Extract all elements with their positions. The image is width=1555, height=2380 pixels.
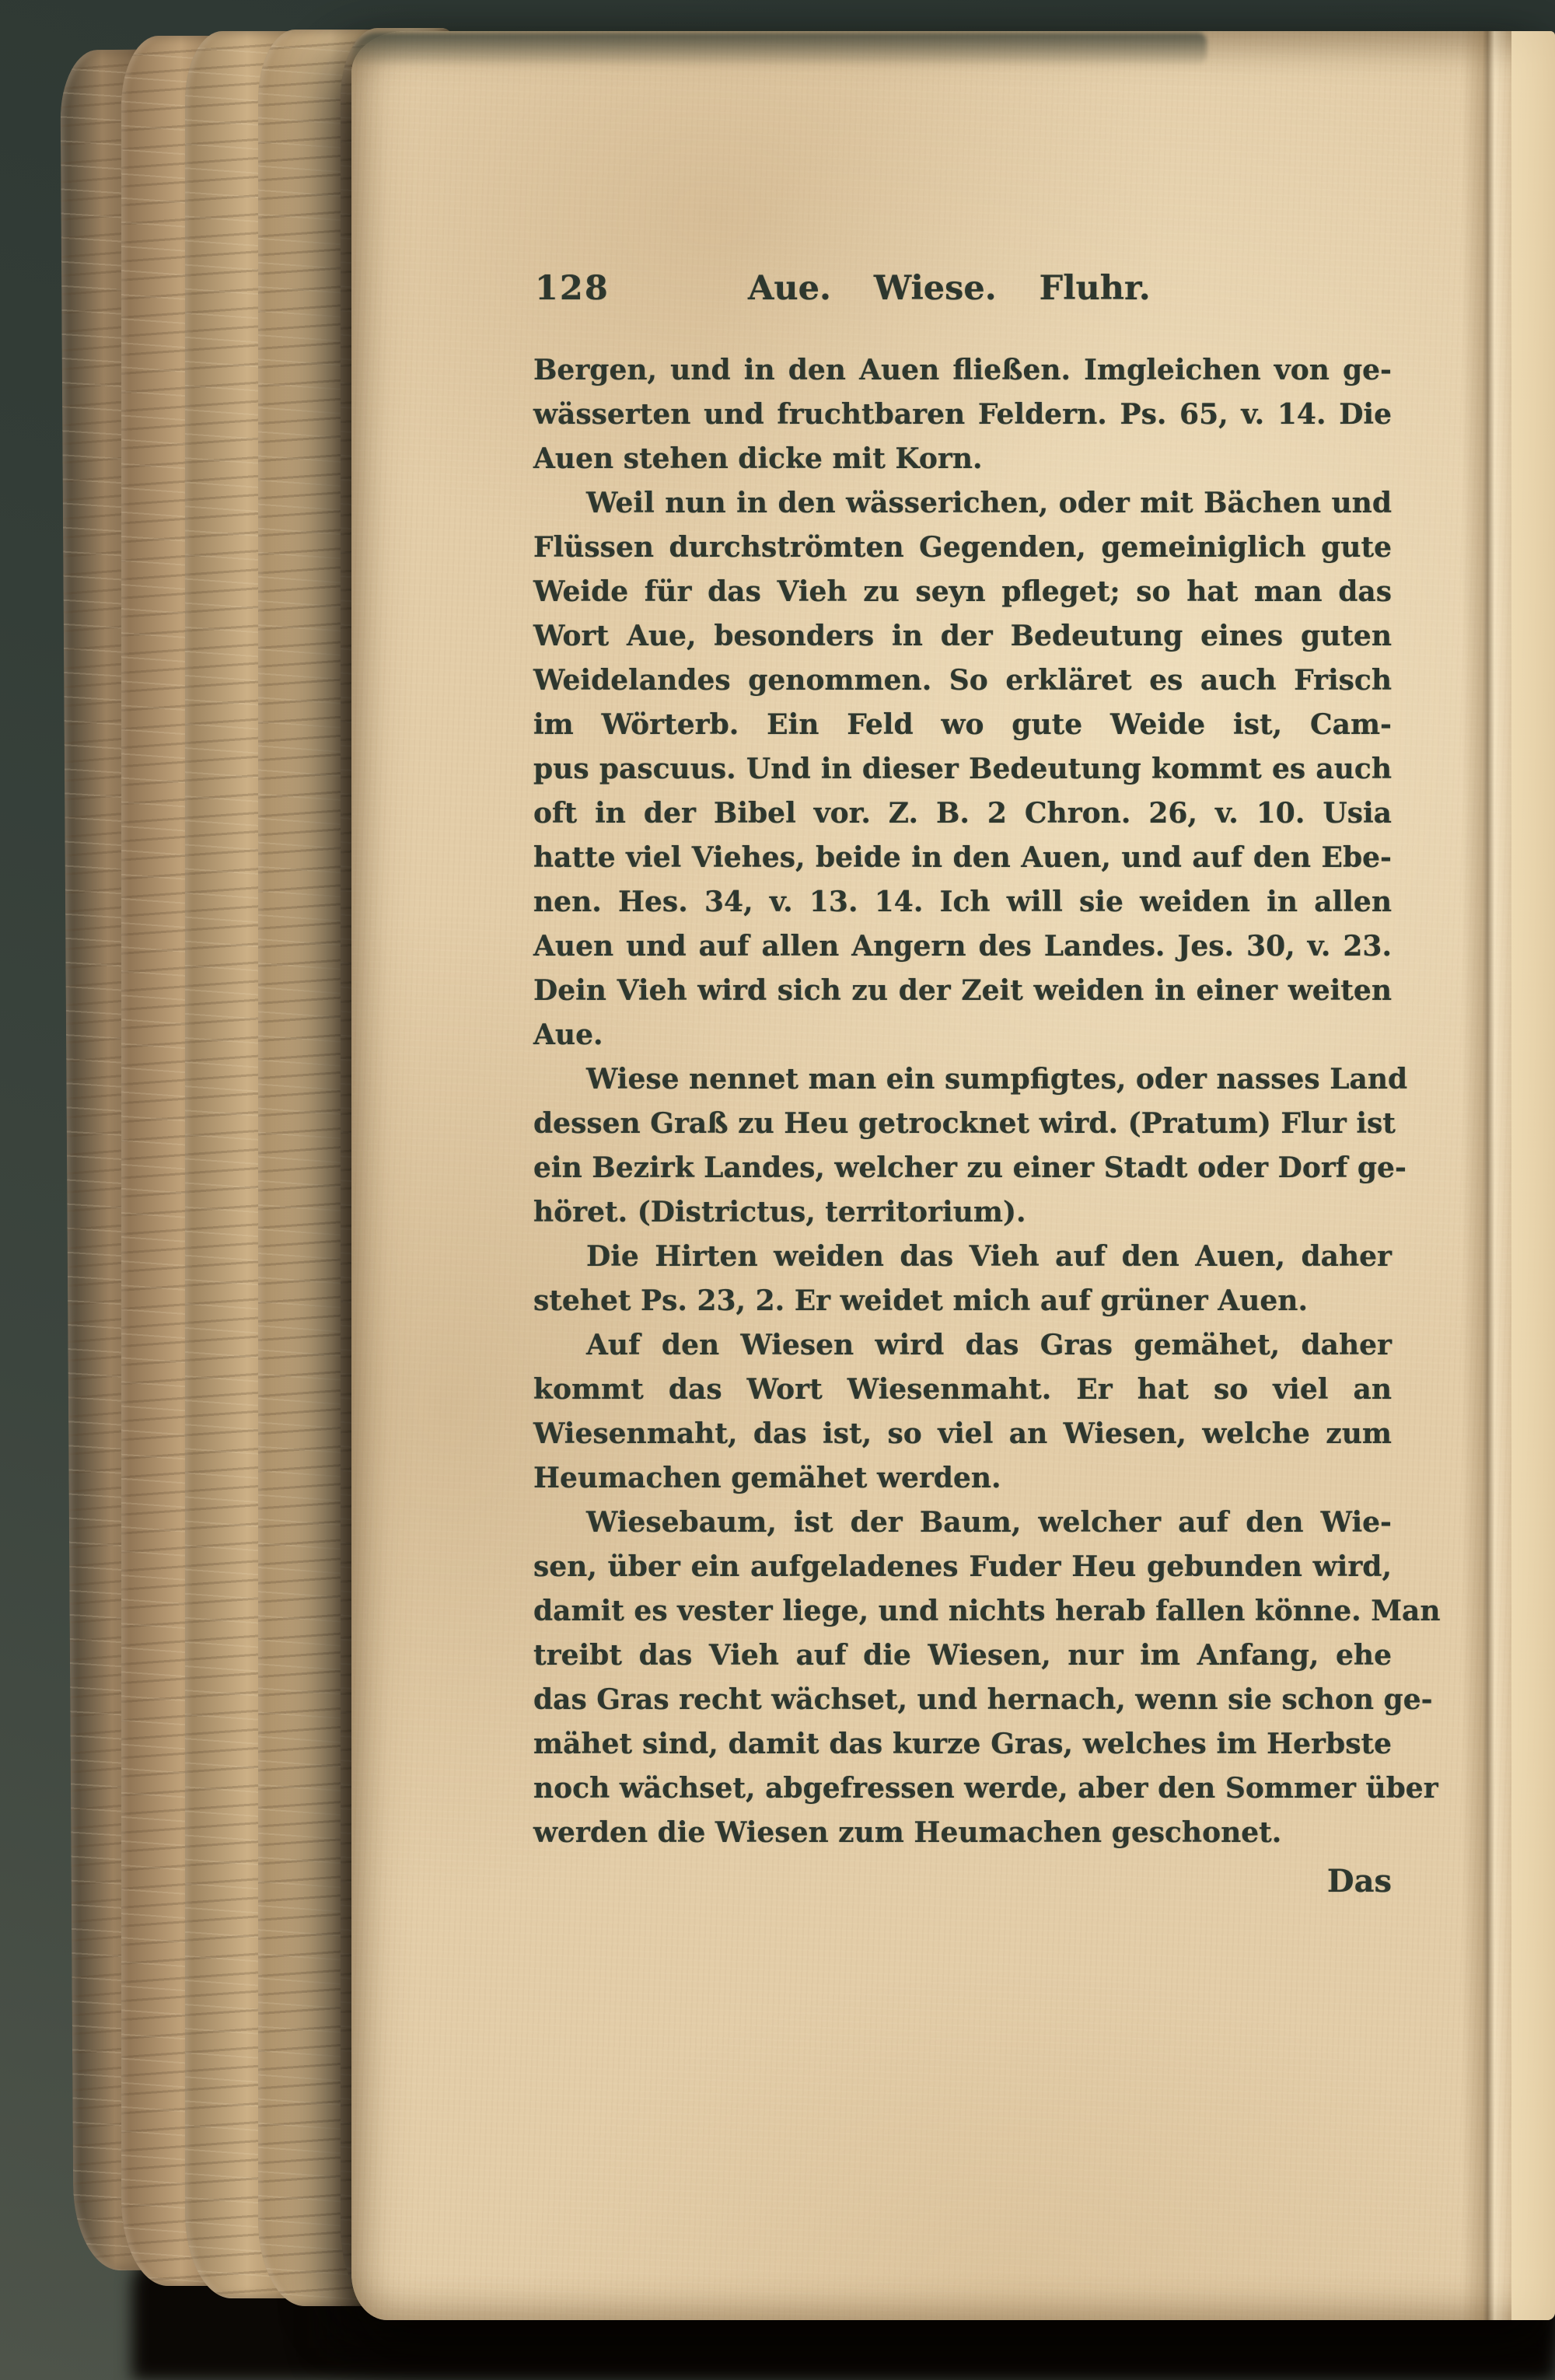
text-line: Flüssen durchströmten Gegenden, gemeinig… bbox=[533, 526, 1392, 570]
body-text: Bergen, und in den Auen fließen. Imgleic… bbox=[533, 348, 1392, 1855]
text-line: dessen Graß zu Heu getrocknet wird. (Pra… bbox=[533, 1102, 1392, 1146]
catchword-row: Das bbox=[533, 1863, 1392, 1899]
text-line: Weide für das Vieh zu seyn pfleget; so h… bbox=[533, 570, 1392, 614]
text-line: mähet sind, damit das kurze Gras, welche… bbox=[533, 1722, 1392, 1767]
text-line: Aue. bbox=[533, 1013, 1392, 1057]
text-line: Auen und auf allen Angern des Landes. Je… bbox=[533, 924, 1392, 969]
book-photo: 128 Aue. Wiese. Fluhr. Bergen, und in de… bbox=[0, 0, 1555, 2380]
text-line: Wiesebaum, ist der Baum, welcher auf den… bbox=[533, 1501, 1392, 1545]
top-edge-grime bbox=[351, 33, 1207, 67]
text-line: oft in der Bibel vor. Z. B. 2 Chron. 26,… bbox=[533, 792, 1392, 836]
text-line: Auf den Wiesen wird das Gras gemähet, da… bbox=[533, 1323, 1392, 1368]
text-line: Auen stehen dicke mit Korn. bbox=[533, 437, 1392, 481]
text-line: Weil nun in den wässerichen, oder mit Bä… bbox=[533, 481, 1392, 526]
text-line: höret. (Districtus, territorium). bbox=[533, 1190, 1392, 1235]
running-title: Aue. Wiese. Fluhr. bbox=[748, 269, 1151, 308]
text-line: nen. Hes. 34, v. 13. 14. Ich will sie we… bbox=[533, 880, 1392, 924]
text-line: kommt das Wort Wiesenmaht. Er hat so vie… bbox=[533, 1368, 1392, 1412]
text-line: werden die Wiesen zum Heumachen geschone… bbox=[533, 1811, 1392, 1855]
text-line: Wort Aue, besonders in der Bedeutung ein… bbox=[533, 614, 1392, 659]
text-line: Weidelandes genommen. So erkläret es auc… bbox=[533, 659, 1392, 703]
text-line: das Gras recht wächset, und hernach, wen… bbox=[533, 1678, 1392, 1722]
text-line: Wiesenmaht, das ist, so viel an Wiesen, … bbox=[533, 1412, 1392, 1456]
catchword: Das bbox=[1327, 1863, 1392, 1899]
text-line: Die Hirten weiden das Vieh auf den Auen,… bbox=[533, 1235, 1392, 1279]
text-line: ein Bezirk Landes, welcher zu einer Stad… bbox=[533, 1146, 1392, 1190]
text-line: pus pascuus. Und in dieser Bedeutung kom… bbox=[533, 747, 1392, 792]
text-line: wässerten und fruchtbaren Feldern. Ps. 6… bbox=[533, 393, 1392, 437]
text-line: treibt das Vieh auf die Wiesen, nur im A… bbox=[533, 1634, 1392, 1678]
text-line: Wiese nennet man ein sumpfigtes, oder na… bbox=[533, 1057, 1392, 1102]
text-line: noch wächset, abgefressen werde, aber de… bbox=[533, 1767, 1392, 1811]
text-line: sen, über ein aufgeladenes Fuder Heu geb… bbox=[533, 1545, 1392, 1589]
text-line: damit es vester liege, und nichts herab … bbox=[533, 1589, 1392, 1634]
text-line: Dein Vieh wird sich zu der Zeit weiden i… bbox=[533, 969, 1392, 1013]
text-line: im Wörterb. Ein Feld wo gute Weide ist, … bbox=[533, 703, 1392, 747]
page-number: 128 bbox=[535, 269, 610, 308]
next-leaf-surface bbox=[1511, 31, 1555, 2320]
text-line: hatte viel Viehes, beide in den Auen, un… bbox=[533, 836, 1392, 880]
text-line: stehet Ps. 23, 2. Er weidet mich auf grü… bbox=[533, 1279, 1392, 1323]
text-line: Heumachen gemähet werden. bbox=[533, 1456, 1392, 1501]
gutter-crease bbox=[1462, 31, 1511, 2320]
page-header: 128 Aue. Wiese. Fluhr. bbox=[533, 269, 1392, 313]
text-line: Bergen, und in den Auen fließen. Imgleic… bbox=[533, 348, 1392, 393]
